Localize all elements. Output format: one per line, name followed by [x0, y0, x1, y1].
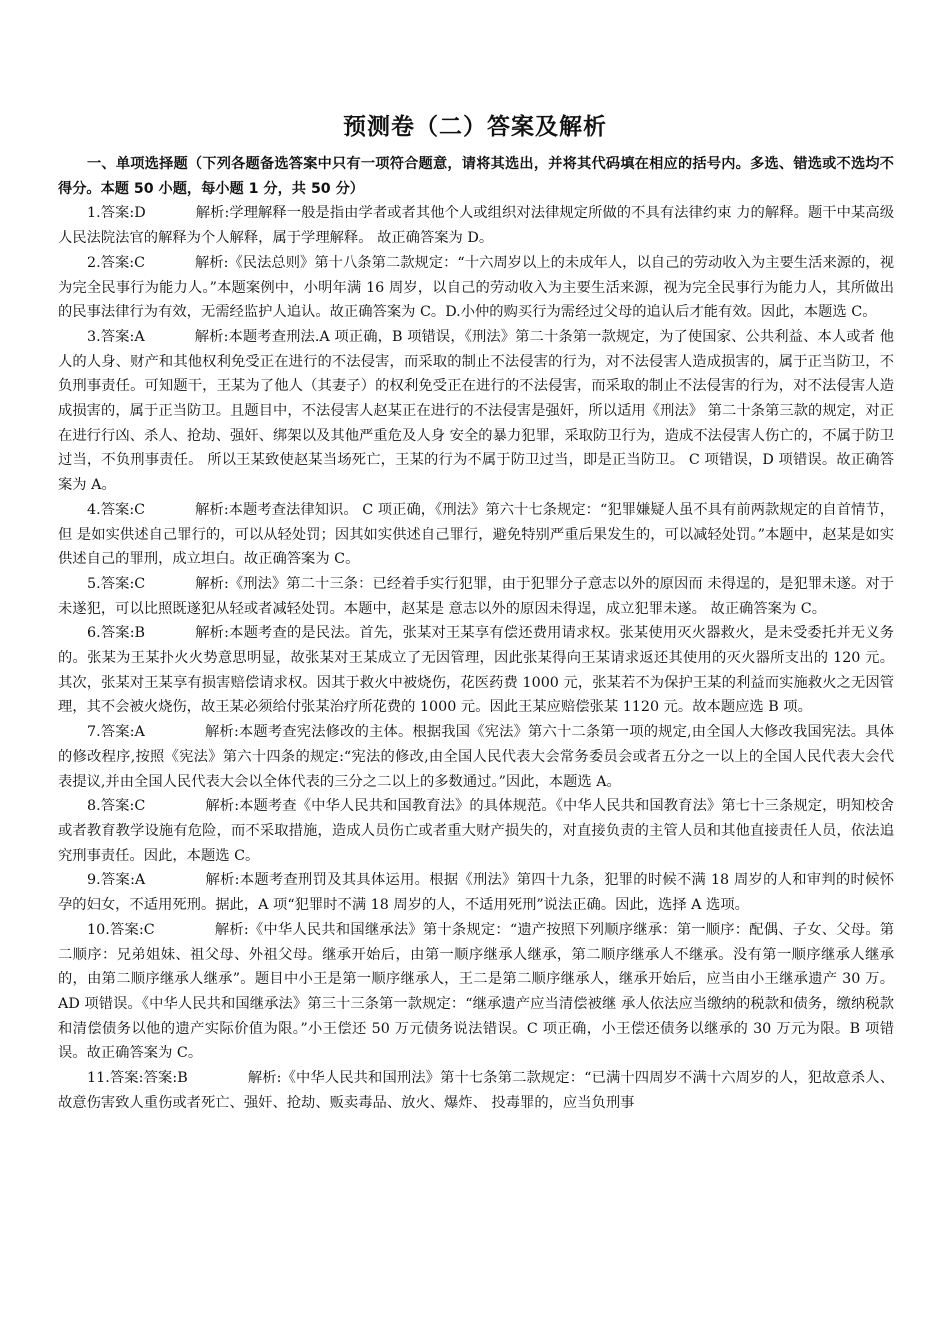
item-number: 5.: [87, 576, 101, 592]
item-answer: 答案:D: [101, 205, 146, 221]
answer-item-8: 8.答案:C解析:本题考查《中华人民共和国教育法》的具体规范。《中华人民共和国教…: [58, 794, 894, 868]
item-analysis: 解析:本题考查的是民法。首先，张某对王某享有偿还费用请求权。张某使用灭火器救火，…: [58, 625, 894, 715]
answer-item-1: 1.答案:D解析:学理解释一般是指由学者或者其他个人或组织对法律规定所做的不具有…: [58, 201, 894, 250]
item-number: 1.: [87, 205, 101, 221]
item-analysis: 解析:本题考查刑法.A 项正确，B 项错误，《刑法》第二十条第一款规定，为了使国…: [58, 329, 894, 493]
answer-item-6: 6.答案:B解析:本题考查的是民法。首先，张某对王某享有偿还费用请求权。张某使用…: [58, 621, 894, 720]
answer-item-3: 3.答案:A解析:本题考查刑法.A 项正确，B 项错误，《刑法》第二十条第一款规…: [58, 325, 894, 498]
item-analysis: 解析:本题考查宪法修改的主体。根据我国《宪法》第六十二条第一项的规定,由全国人大…: [58, 724, 894, 789]
item-answer: 答案:C: [101, 576, 146, 592]
item-number: 10.: [87, 922, 110, 938]
item-number: 11.: [87, 1070, 110, 1086]
answer-item-5: 5.答案:C解析:《刑法》第二十三条：已经着手实行犯罪，由于犯罪分子意志以外的原…: [58, 572, 894, 621]
item-answer: 答案:答案:B: [110, 1070, 188, 1086]
answer-item-11: 11.答案:答案:B解析:《中华人民共和国刑法》第十七条第二款规定：“已满十四周…: [58, 1066, 894, 1115]
item-answer: 答案:C: [101, 255, 145, 271]
item-analysis: 解析:本题考查刑罚及其具体运用。根据《刑法》第四十九条，犯罪的时候不满 18 周…: [58, 872, 894, 913]
item-answer: 答案:A: [101, 724, 145, 740]
page-title: 预测卷（二）答案及解析: [0, 111, 950, 143]
item-answer: 答案:C: [101, 798, 146, 814]
answer-item-4: 4.答案:C解析:本题考查法律知识。 C 项正确，《刑法》第六十七条规定：“犯罪…: [58, 498, 894, 572]
answer-item-7: 7.答案:A解析:本题考查宪法修改的主体。根据我国《宪法》第六十二条第一项的规定…: [58, 720, 894, 794]
item-analysis: 解析:本题考查法律知识。 C 项正确，《刑法》第六十七条规定：“犯罪嫌疑人虽不具…: [58, 502, 894, 567]
answer-item-2: 2.答案:C解析:《民法总则》第十八条第二款规定：“十六周岁以上的未成年人，以自…: [58, 251, 894, 325]
item-answer: 答案:B: [101, 625, 145, 641]
item-number: 3.: [87, 329, 101, 345]
answer-item-10: 10.答案:C解析:《中华人民共和国继承法》第十条规定：“遗产按照下列顺序继承：…: [58, 918, 894, 1066]
item-analysis: 解析:《刑法》第二十三条：已经着手实行犯罪，由于犯罪分子意志以外的原因而 未得逞…: [58, 576, 894, 617]
item-number: 8.: [87, 798, 101, 814]
item-analysis: 解析:本题考查《中华人民共和国教育法》的具体规范。《中华人民共和国教育法》第七十…: [58, 798, 894, 863]
item-number: 6.: [87, 625, 101, 641]
document-body: 一、单项选择题（下列各题备选答案中只有一项符合题意，请将其选出，并将其代码填在相…: [58, 152, 894, 1115]
item-number: 2.: [87, 255, 101, 271]
item-analysis: 解析:《民法总则》第十八条第二款规定：“十六周岁以上的未成年人，以自己的劳动收入…: [58, 255, 894, 320]
item-answer: 答案:C: [110, 922, 155, 938]
item-answer: 答案:C: [101, 502, 145, 518]
document-page: 预测卷（二）答案及解析 一、单项选择题（下列各题备选答案中只有一项符合题意，请将…: [0, 0, 950, 1344]
item-answer: 答案:A: [101, 872, 146, 888]
item-answer: 答案:A: [101, 329, 145, 345]
item-number: 4.: [87, 502, 101, 518]
item-analysis: 解析:《中华人民共和国继承法》第十条规定：“遗产按照下列顺序继承：第一顺序：配偶…: [58, 922, 894, 1062]
item-number: 9.: [87, 872, 101, 888]
answer-item-9: 9.答案:A解析:本题考查刑罚及其具体运用。根据《刑法》第四十九条，犯罪的时候不…: [58, 868, 894, 917]
item-analysis: 解析:学理解释一般是指由学者或者其他个人或组织对法律规定所做的不具有法律约束 力…: [58, 205, 894, 246]
section-heading: 一、单项选择题（下列各题备选答案中只有一项符合题意，请将其选出，并将其代码填在相…: [58, 152, 894, 201]
item-number: 7.: [87, 724, 101, 740]
